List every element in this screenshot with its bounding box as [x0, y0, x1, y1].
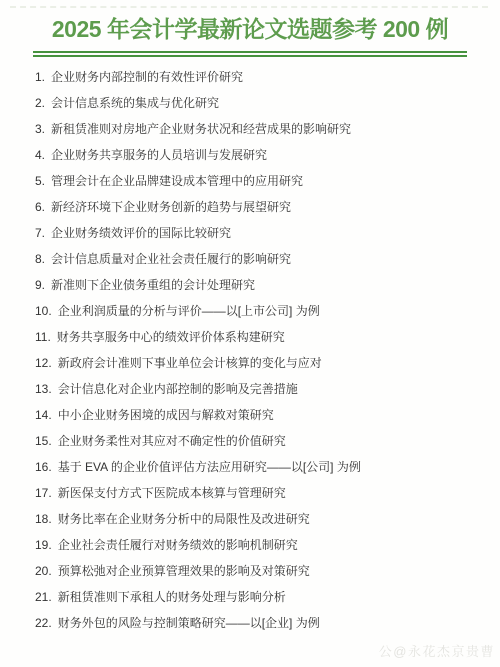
topic-list: 1. 企业财务内部控制的有效性评价研究 2. 会计信息系统的集成与优化研究 3.… — [0, 57, 500, 630]
item-number: 16. — [35, 461, 52, 474]
item-text: 财务共享服务中心的绩效评价体系构建研究 — [57, 331, 285, 344]
list-item: 18. 财务比率在企业财务分析中的局限性及改进研究 — [35, 513, 482, 526]
page-title: 2025 年会计学最新论文选题参考 200 例 — [20, 15, 480, 43]
item-number: 19. — [35, 539, 52, 552]
list-item: 6. 新经济环境下企业财务创新的趋势与展望研究 — [35, 201, 482, 214]
item-text: 新政府会计准则下事业单位会计核算的变化与应对 — [58, 357, 322, 370]
item-number: 2. — [35, 97, 45, 110]
list-item: 7. 企业财务绩效评价的国际比较研究 — [35, 227, 482, 240]
item-text: 中小企业财务困境的成因与解救对策研究 — [58, 409, 274, 422]
item-number: 12. — [35, 357, 52, 370]
list-item: 8. 会计信息质量对企业社会责任履行的影响研究 — [35, 253, 482, 266]
list-item: 9. 新准则下企业债务重组的会计处理研究 — [35, 279, 482, 292]
list-item: 16. 基于 EVA 的企业价值评估方法应用研究——以[公司] 为例 — [35, 461, 482, 474]
list-item: 14. 中小企业财务困境的成因与解救对策研究 — [35, 409, 482, 422]
list-item: 17. 新医保支付方式下医院成本核算与管理研究 — [35, 487, 482, 500]
item-number: 14. — [35, 409, 52, 422]
list-item: 10. 企业利润质量的分析与评价——以[上市公司] 为例 — [35, 305, 482, 318]
item-number: 10. — [35, 305, 52, 318]
item-number: 9. — [35, 279, 45, 292]
item-text: 企业财务柔性对其应对不确定性的价值研究 — [58, 435, 286, 448]
page-header: 2025 年会计学最新论文选题参考 200 例 — [0, 0, 500, 57]
item-text: 企业财务内部控制的有效性评价研究 — [51, 71, 243, 84]
watermark-text: 公@永花杰京贵曹 — [379, 641, 495, 660]
item-text: 新准则下企业债务重组的会计处理研究 — [51, 279, 255, 292]
item-number: 18. — [35, 513, 52, 526]
list-item: 1. 企业财务内部控制的有效性评价研究 — [35, 71, 482, 84]
list-item: 22. 财务外包的风险与控制策略研究——以[企业] 为例 — [35, 617, 482, 630]
item-number: 3. — [35, 123, 45, 136]
list-item: 3. 新租赁准则对房地产企业财务状况和经营成果的影响研究 — [35, 123, 482, 136]
item-text: 基于 EVA 的企业价值评估方法应用研究——以[公司] 为例 — [58, 461, 361, 474]
item-number: 6. — [35, 201, 45, 214]
item-text: 会计信息化对企业内部控制的影响及完善措施 — [58, 383, 298, 396]
item-text: 新经济环境下企业财务创新的趋势与展望研究 — [51, 201, 291, 214]
list-item: 21. 新租赁准则下承租人的财务处理与影响分析 — [35, 591, 482, 604]
item-text: 预算松弛对企业预算管理效果的影响及对策研究 — [58, 565, 310, 578]
list-item: 20. 预算松弛对企业预算管理效果的影响及对策研究 — [35, 565, 482, 578]
item-text: 会计信息质量对企业社会责任履行的影响研究 — [51, 253, 291, 266]
item-text: 新医保支付方式下医院成本核算与管理研究 — [58, 487, 286, 500]
item-text: 新租赁准则对房地产企业财务状况和经营成果的影响研究 — [51, 123, 351, 136]
item-number: 8. — [35, 253, 45, 266]
item-number: 21. — [35, 591, 52, 604]
item-number: 7. — [35, 227, 45, 240]
item-number: 13. — [35, 383, 52, 396]
top-divider-line — [10, 6, 488, 8]
item-number: 11. — [35, 331, 51, 344]
list-item: 12. 新政府会计准则下事业单位会计核算的变化与应对 — [35, 357, 482, 370]
item-number: 20. — [35, 565, 52, 578]
item-number: 1. — [35, 71, 45, 84]
list-item: 5. 管理会计在企业品牌建设成本管理中的应用研究 — [35, 175, 482, 188]
list-item: 4. 企业财务共享服务的人员培训与发展研究 — [35, 149, 482, 162]
item-text: 企业社会责任履行对财务绩效的影响机制研究 — [58, 539, 298, 552]
item-number: 15. — [35, 435, 52, 448]
item-number: 17. — [35, 487, 52, 500]
document-page: 2025 年会计学最新论文选题参考 200 例 1. 企业财务内部控制的有效性评… — [0, 0, 500, 667]
item-text: 财务外包的风险与控制策略研究——以[企业] 为例 — [58, 617, 320, 630]
item-text: 企业财务共享服务的人员培训与发展研究 — [51, 149, 267, 162]
list-item: 19. 企业社会责任履行对财务绩效的影响机制研究 — [35, 539, 482, 552]
item-text: 企业财务绩效评价的国际比较研究 — [51, 227, 231, 240]
item-number: 4. — [35, 149, 45, 162]
item-text: 会计信息系统的集成与优化研究 — [51, 97, 219, 110]
item-text: 管理会计在企业品牌建设成本管理中的应用研究 — [51, 175, 303, 188]
item-number: 22. — [35, 617, 52, 630]
item-text: 企业利润质量的分析与评价——以[上市公司] 为例 — [58, 305, 320, 318]
item-number: 5. — [35, 175, 45, 188]
list-item: 15. 企业财务柔性对其应对不确定性的价值研究 — [35, 435, 482, 448]
list-item: 11. 财务共享服务中心的绩效评价体系构建研究 — [35, 331, 482, 344]
item-text: 新租赁准则下承租人的财务处理与影响分析 — [58, 591, 286, 604]
list-item: 13. 会计信息化对企业内部控制的影响及完善措施 — [35, 383, 482, 396]
list-item: 2. 会计信息系统的集成与优化研究 — [35, 97, 482, 110]
item-text: 财务比率在企业财务分析中的局限性及改进研究 — [58, 513, 310, 526]
